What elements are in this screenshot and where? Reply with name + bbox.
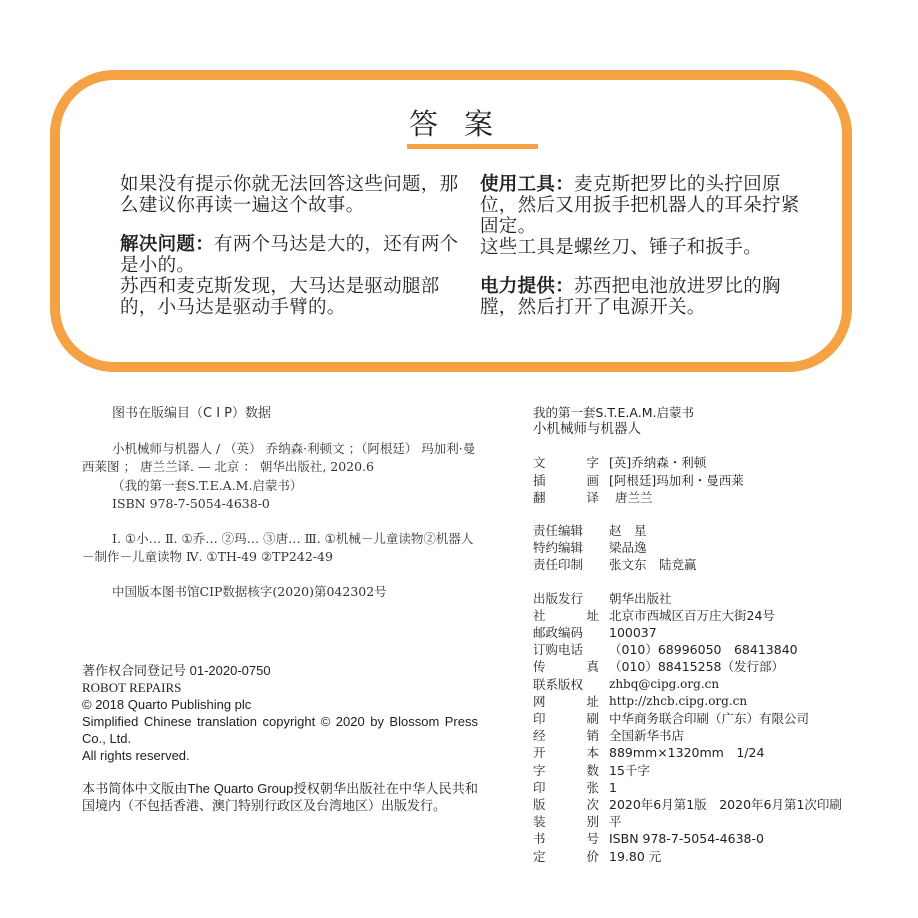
publication-details: 出版发行 朝华出版社 社址 北京市西城区百万庄大街24号 邮政编码 100037… (533, 590, 873, 865)
detail-row: 字数 15千字 (533, 762, 873, 779)
detail-row: 书号 ISBN 978-7-5054-4638-0 (533, 830, 873, 847)
detail-row: 联系版权 zhbq@cipg.org.cn (533, 676, 873, 693)
answer-heading: 使用工具： (480, 174, 574, 195)
detail-row: 经销 全国新华书店 (533, 727, 873, 744)
rights-reserved: All rights reserved. (82, 747, 478, 764)
cip-record: 小机械师与机器人 / （英） 乔纳森·利顿文 ；（阿根廷） 玛加利·曼西莱图 ；… (82, 440, 478, 514)
answer-use-tools: 使用工具：麦克斯把罗比的头拧回原位，然后又用扳手把机器人的耳朵拧紧固定。 这些工… (480, 174, 810, 258)
imprint-block: 我的第一套S.T.E.A.M.启蒙书 小机械师与机器人 文字 [英]乔纳森・利顿… (533, 404, 873, 881)
detail-row: 出版发行 朝华出版社 (533, 590, 873, 607)
original-title: ROBOT REPAIRS (82, 679, 478, 696)
detail-row: 印刷 中华商务联合印刷（广东）有限公司 (533, 710, 873, 727)
detail-row: 装别 平 (533, 813, 873, 830)
website-link[interactable]: http://zhcb.cipg.org.cn (609, 693, 747, 710)
detail-row: 订购电话 （010）68996050 68413840 (533, 641, 873, 658)
copyright-registration: 著作权合同登记号 01-2020-0750 (82, 662, 478, 679)
detail-row: 开本 889mm×1320mm 1/24 (533, 744, 873, 761)
cip-record-line: 小机械师与机器人 / （英） 乔纳森·利顿文 ；（阿根廷） 玛加利·曼西莱图 ；… (82, 440, 478, 477)
detail-row: 传真 （010）88415258（发行部） (533, 658, 873, 675)
copyright-email[interactable]: zhbq@cipg.org.cn (609, 676, 719, 693)
answer-intro: 如果没有提示你就无法回答这些问题，那么建议你再读一遍这个故事。 (120, 174, 470, 216)
detail-row: 网址 http://zhcb.cipg.org.cn (533, 693, 873, 710)
editors-group: 责任编辑 赵 星 特约编辑 梁品逸 责任印制 张文东 陆竞赢 (533, 522, 873, 574)
original-copyright: © 2018 Quarto Publishing plc (82, 696, 478, 713)
cip-series-line: （我的第一套S.T.E.A.M.启蒙书） (82, 477, 478, 496)
credit-translator: 唐兰兰 (609, 489, 653, 506)
isbn: ISBN 978-7-5054-4638-0 (609, 830, 764, 847)
detail-row: 邮政编码 100037 (533, 624, 873, 641)
answer-heading: 解决问题： (120, 234, 214, 255)
answer-box: 答案 如果没有提示你就无法回答这些问题，那么建议你再读一遍这个故事。 解决问题：… (50, 70, 852, 372)
detail-row: 定价 19.80 元 (533, 848, 873, 865)
editor-row: 特约编辑 梁品逸 (533, 539, 873, 556)
price: 19.80 元 (609, 848, 661, 865)
answer-power-supply: 电力提供：苏西把电池放进罗比的胸膛，然后打开了电源开关。 (480, 276, 810, 318)
title-underline (407, 144, 538, 149)
detail-row: 版次 2020年6月第1版 2020年6月第1次印刷 (533, 796, 873, 813)
copyright-block: 著作权合同登记号 01-2020-0750 ROBOT REPAIRS © 20… (82, 662, 478, 814)
cip-verification: 中国版本图书馆CIP数据核字(2020)第042302号 (82, 583, 478, 602)
cip-data: 图书在版编目（C I P）数据 小机械师与机器人 / （英） 乔纳森·利顿文 ；… (82, 405, 478, 617)
credit-author: [英]乔纳森・利顿 (609, 454, 706, 471)
cip-heading: 图书在版编目（C I P）数据 (82, 405, 478, 424)
credit-row: 插画 [阿根廷]玛加利・曼西莱 (533, 472, 873, 489)
answer-right-column: 使用工具：麦克斯把罗比的头拧回原位，然后又用扳手把机器人的耳朵拧紧固定。 这些工… (480, 174, 810, 318)
cip-isbn-line: ISBN 978-7-5054-4638-0 (82, 495, 478, 514)
series-name: 我的第一套S.T.E.A.M.启蒙书 (533, 404, 873, 421)
credit-row: 文字 [英]乔纳森・利顿 (533, 454, 873, 471)
license-note: 本书简体中文版由The Quarto Group授权朝华出版社在中华人民共和国境… (82, 780, 478, 814)
answer-heading: 电力提供： (480, 276, 574, 297)
answer-title: 答案 (60, 102, 842, 143)
answer-solve-problem: 解决问题：有两个马达是大的，还有两个是小的。 苏西和麦克斯发现，大马达是驱动腿部… (120, 234, 470, 318)
detail-row: 印张 1 (533, 779, 873, 796)
book-title: 小机械师与机器人 (533, 421, 873, 438)
editor-row: 责任编辑 赵 星 (533, 522, 873, 539)
translation-copyright: Simplified Chinese translation copyright… (82, 713, 478, 747)
detail-row: 社址 北京市西城区百万庄大街24号 (533, 607, 873, 624)
credit-illustrator: [阿根廷]玛加利・曼西莱 (609, 472, 744, 489)
credit-row: 翻译 唐兰兰 (533, 489, 873, 506)
cip-classification: Ⅰ. ①小… Ⅱ. ①乔… ②玛… ③唐… Ⅲ. ①机械－儿童读物②机器人－制作… (82, 530, 478, 567)
answer-left-column: 如果没有提示你就无法回答这些问题，那么建议你再读一遍这个故事。 解决问题：有两个… (120, 174, 470, 318)
credits-group: 文字 [英]乔纳森・利顿 插画 [阿根廷]玛加利・曼西莱 翻译 唐兰兰 (533, 454, 873, 506)
editor-row: 责任印制 张文东 陆竞赢 (533, 556, 873, 573)
